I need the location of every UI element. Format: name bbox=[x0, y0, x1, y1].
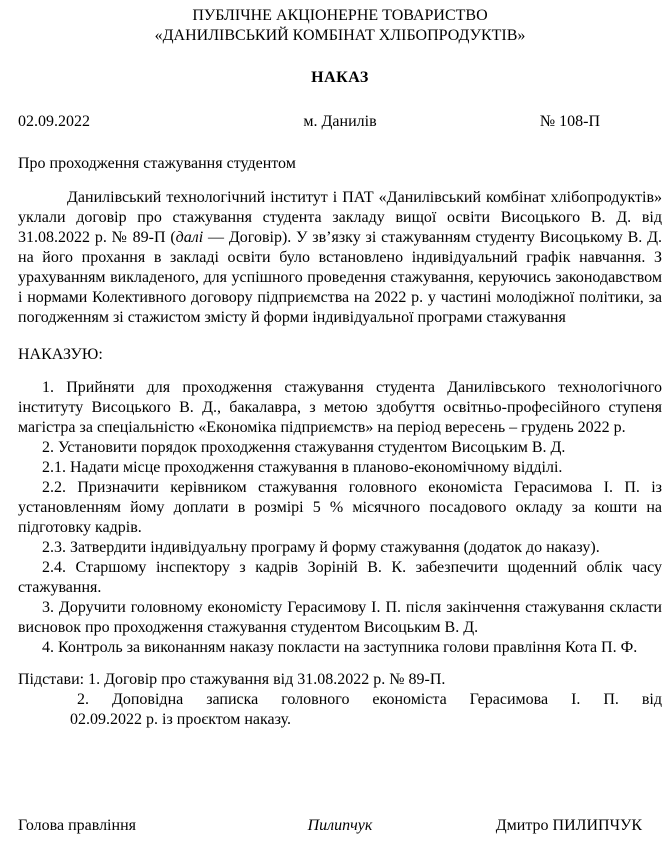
grounds-item-1: Підстави: 1. Договір про стажування від … bbox=[18, 670, 662, 690]
document-subject: Про проходження стажування студентом bbox=[18, 154, 662, 174]
document-meta-row: 02.09.2022 м. Данилів № 108-П bbox=[18, 112, 662, 132]
organization-name-line2: «ДАНИЛІВСЬКИЙ КОМБІНАТ ХЛІБОПРОДУКТІВ» bbox=[18, 26, 662, 46]
preamble-italic-term: далі bbox=[176, 229, 204, 246]
document-number: № 108-П bbox=[377, 112, 662, 132]
organization-name-line1: ПУБЛІЧНЕ АКЦІОНЕРНЕ ТОВАРИСТВО bbox=[18, 6, 662, 26]
order-item-2-4: 2.4. Старшому інспектору з кадрів Зоріні… bbox=[18, 558, 662, 598]
signer-position: Голова правління bbox=[18, 816, 308, 836]
order-document-page: ПУБЛІЧНЕ АКЦІОНЕРНЕ ТОВАРИСТВО «ДАНИЛІВС… bbox=[0, 0, 671, 845]
order-item-2: 2. Установити порядок проходження стажув… bbox=[18, 438, 662, 458]
preamble-paragraph: Данилівський технологічний інститут і ПА… bbox=[18, 188, 662, 328]
signature-row: Голова правління Пилипчук Дмитро ПИЛИПЧУ… bbox=[18, 816, 662, 836]
order-word: НАКАЗУЮ: bbox=[18, 345, 662, 365]
grounds-item-2: 2. Доповідна записка головного економіст… bbox=[70, 690, 662, 730]
grounds-section: Підстави: 1. Договір про стажування від … bbox=[18, 670, 662, 730]
order-item-2-1: 2.1. Надати місце проходження стажування… bbox=[18, 458, 662, 478]
order-items-list: 1. Прийняти для проходження стажування с… bbox=[18, 378, 662, 658]
order-item-2-2: 2.2. Призначити керівником стажування го… bbox=[18, 478, 662, 538]
document-date: 02.09.2022 bbox=[18, 112, 303, 132]
order-item-1: 1. Прийняти для проходження стажування с… bbox=[18, 378, 662, 438]
order-item-3: 3. Доручити головному економісту Герасим… bbox=[18, 598, 662, 638]
signer-name: Дмитро ПИЛИПЧУК bbox=[372, 816, 662, 836]
document-type-title: НАКАЗ bbox=[18, 68, 662, 88]
order-item-2-3: 2.3. Затвердити індивідуальну програму й… bbox=[18, 538, 662, 558]
signature-facsimile: Пилипчук bbox=[308, 816, 373, 836]
grounds-item-2-line2: 02.09.2022 р. із проєктом наказу. bbox=[70, 710, 662, 730]
grounds-item-2-line1: 2. Доповідна записка головного економіст… bbox=[70, 690, 662, 710]
order-item-4: 4. Контроль за виконанням наказу покласт… bbox=[18, 638, 662, 658]
document-place: м. Данилів bbox=[303, 112, 376, 132]
